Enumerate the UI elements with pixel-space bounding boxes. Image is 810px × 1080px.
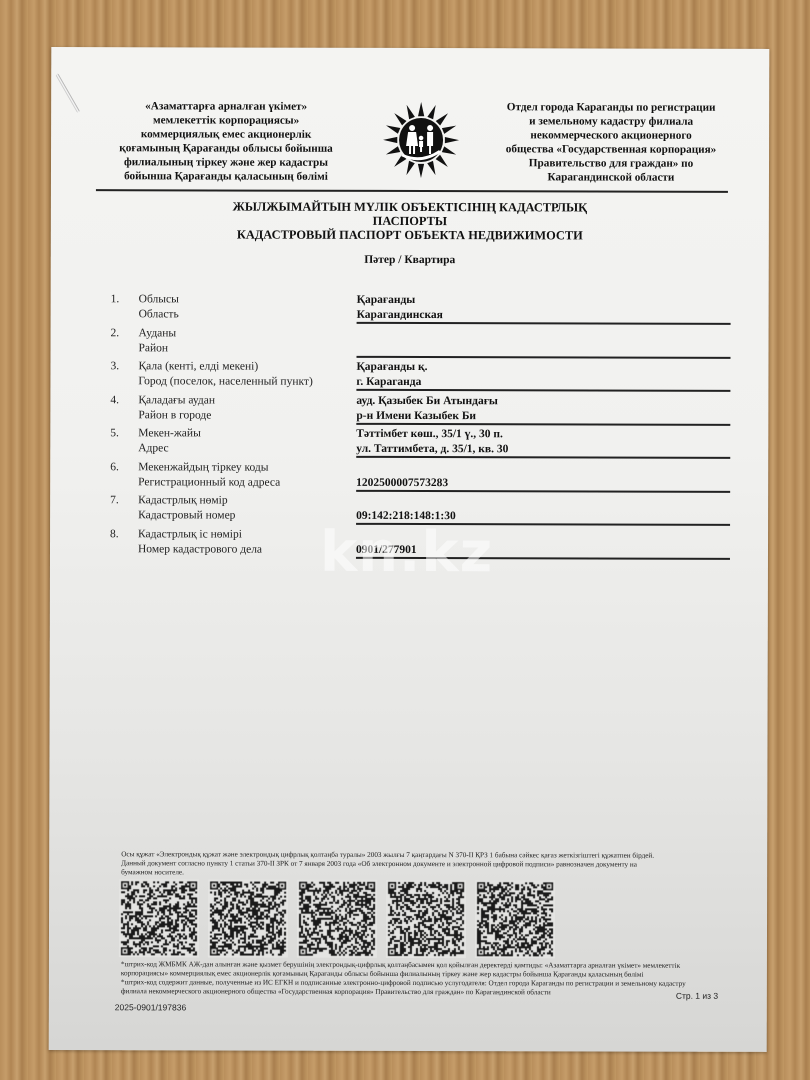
qr-codes bbox=[119, 879, 679, 960]
field-label-kz: Кадастрлық нөмір bbox=[138, 493, 235, 508]
field-underline bbox=[356, 490, 730, 492]
page-number: Стр. 1 из 3 bbox=[676, 991, 718, 1001]
fields-list: 1.ОблысыОбластьҚарағандыКарагандинская2.… bbox=[51, 47, 769, 49]
field-number: 6. bbox=[110, 460, 119, 475]
header-left-line: «Азаматтарға арналған үкімет» bbox=[101, 99, 351, 114]
field-label: Кадастрлық іс нөміріНомер кадастрового д… bbox=[138, 527, 262, 557]
title-ru-line: КАДАСТРОВЫЙ ПАСПОРТ ОБЪЕКТА НЕДВИЖИМОСТИ bbox=[51, 227, 769, 243]
field-number: 5. bbox=[110, 426, 119, 441]
qr-code bbox=[386, 880, 466, 958]
document-code: 2025-0901/197836 bbox=[115, 1002, 186, 1012]
header-left-line: қоғамының Қарағанды облысы бойынша bbox=[101, 141, 351, 156]
field-number: 8. bbox=[110, 527, 119, 542]
field-underline bbox=[357, 322, 731, 324]
field-label: Қаладағы ауданРайон в городе bbox=[138, 393, 215, 423]
header-left-line: мемлекеттік корпорациясы» bbox=[101, 113, 351, 128]
field-label-ru: Номер кадастрового дела bbox=[138, 542, 262, 557]
field-label-kz: Кадастрлық іс нөмірі bbox=[138, 527, 262, 542]
field-value: 1202500007573283 bbox=[356, 461, 730, 492]
field-label-ru: Район в городе bbox=[138, 408, 215, 423]
field-number: 4. bbox=[110, 393, 119, 408]
field-value-kz bbox=[356, 461, 730, 477]
barcode-notes: *штрих-код ЖМБМК АЖ-дан алынған және қыз… bbox=[121, 960, 731, 998]
field-underline bbox=[357, 356, 731, 358]
field-number: 3. bbox=[110, 359, 119, 374]
field-label-ru: Кадастровый номер bbox=[138, 508, 235, 523]
field-label-ru: Область bbox=[139, 307, 179, 322]
header-left-line: бойынша Қарағанды қаласының бөлімі bbox=[101, 169, 351, 184]
object-type: Пәтер / Квартира bbox=[51, 253, 769, 267]
legal-line: Данный документ согласно пункту 1 статьи… bbox=[121, 859, 731, 870]
field-row: 3.Қала (кенті, елді мекені)Город (посело… bbox=[50, 359, 768, 395]
qr-code bbox=[297, 880, 377, 958]
field-underline bbox=[356, 389, 730, 391]
field-label: Кадастрлық нөмірКадастровый номер bbox=[138, 493, 235, 523]
qr-code bbox=[208, 879, 288, 957]
field-label-kz: Мекен-жайы bbox=[138, 426, 201, 441]
field-value-kz bbox=[357, 327, 731, 343]
field-value-kz bbox=[356, 494, 730, 510]
header-right-line: Отдел города Караганды по регистрации bbox=[481, 100, 741, 115]
field-value-kz: ауд. Қазыбек Би Атындағы bbox=[356, 394, 730, 410]
field-row: 4.Қаладағы ауданРайон в городеауд. Қазыб… bbox=[50, 393, 768, 429]
field-number: 2. bbox=[111, 326, 120, 341]
field-value-kz: Қарағанды bbox=[357, 293, 731, 309]
header-right-org: Отдел города Караганды по регистрации и … bbox=[481, 100, 741, 185]
field-value-kz: Қарағанды қ. bbox=[356, 360, 730, 376]
field-label: Мекен-жайыАдрес bbox=[138, 426, 201, 456]
header-right-line: Правительство для граждан» по bbox=[481, 156, 741, 171]
field-label-kz: Облысы bbox=[139, 292, 179, 307]
field-label: Қала (кенті, елді мекені)Город (поселок,… bbox=[138, 359, 312, 389]
header-left-org: «Азаматтарға арналған үкімет» мемлекетті… bbox=[101, 99, 351, 184]
document-title: ЖЫЛЖЫМАЙТЫН МҮЛІК ОБЪЕКТІСІНІҢ КАДАСТРЛЫ… bbox=[51, 199, 769, 243]
field-underline bbox=[356, 423, 730, 425]
field-value: Қарағанды қ.г. Караганда bbox=[356, 360, 730, 391]
field-value-kz: Тәттімбет көш., 35/1 ү., 30 п. bbox=[356, 427, 730, 443]
qr-code bbox=[119, 879, 199, 957]
staple bbox=[55, 73, 80, 113]
field-row: 6.Мекенжайдың тіркеу кодыРегистрационный… bbox=[50, 460, 768, 496]
field-label: АуданыРайон bbox=[139, 326, 177, 356]
watermark: kn.kz bbox=[320, 520, 493, 585]
document-page: «Азаматтарға арналған үкімет» мемлекетті… bbox=[49, 47, 770, 1052]
header-left-line: коммерциялық емес акционерлік bbox=[101, 127, 351, 142]
field-underline bbox=[356, 456, 730, 458]
field-row: 5.Мекен-жайыАдресТәттімбет көш., 35/1 ү.… bbox=[50, 426, 768, 462]
field-label-kz: Қала (кенті, елді мекені) bbox=[138, 359, 312, 374]
field-value: ауд. Қазыбек Би Атындағыр-н Имени Казыбе… bbox=[356, 394, 730, 425]
field-label-kz: Қаладағы аудан bbox=[138, 393, 215, 408]
barcode-note-line: филиала некоммерческого акционерного общ… bbox=[121, 987, 731, 998]
header-right-line: Карагандинской области bbox=[481, 170, 741, 185]
header-right-line: общества «Государственная корпорация» bbox=[481, 142, 741, 157]
field-label-ru: Регистрационный код адреса bbox=[138, 475, 280, 490]
field-label-kz: Мекенжайдың тіркеу коды bbox=[138, 460, 280, 475]
field-label: ОблысыОбласть bbox=[139, 292, 179, 322]
qr-code bbox=[475, 880, 555, 958]
header-right-line: и земельному кадастру филиала bbox=[481, 114, 741, 129]
field-number: 7. bbox=[110, 493, 119, 508]
field-label-ru: Город (поселок, населенный пункт) bbox=[138, 374, 312, 389]
field-value: Тәттімбет көш., 35/1 ү., 30 п.ул. Таттим… bbox=[356, 427, 730, 458]
field-label-ru: Адрес bbox=[138, 441, 201, 456]
field-label-ru: Район bbox=[139, 341, 177, 356]
field-row: 1.ОблысыОбластьҚарағандыКарагандинская bbox=[51, 292, 769, 328]
header-left-line: филиалының тіркеу және жер кадастры bbox=[101, 155, 351, 170]
header-right-line: некоммерческого акционерного bbox=[481, 128, 741, 143]
field-number: 1. bbox=[111, 292, 120, 307]
field-row: 2.АуданыРайон bbox=[50, 326, 768, 362]
field-value bbox=[357, 327, 731, 358]
field-value: ҚарағандыКарагандинская bbox=[357, 293, 731, 324]
field-label-kz: Ауданы bbox=[139, 326, 177, 341]
legal-notice: Осы құжат «Электрондық құжат және электр… bbox=[121, 850, 731, 879]
sun-family-hand-logo-icon bbox=[381, 96, 461, 184]
legal-line: бумажном носителе. bbox=[121, 868, 731, 879]
header-divider bbox=[96, 189, 728, 193]
field-label: Мекенжайдың тіркеу кодыРегистрационный к… bbox=[138, 460, 280, 490]
